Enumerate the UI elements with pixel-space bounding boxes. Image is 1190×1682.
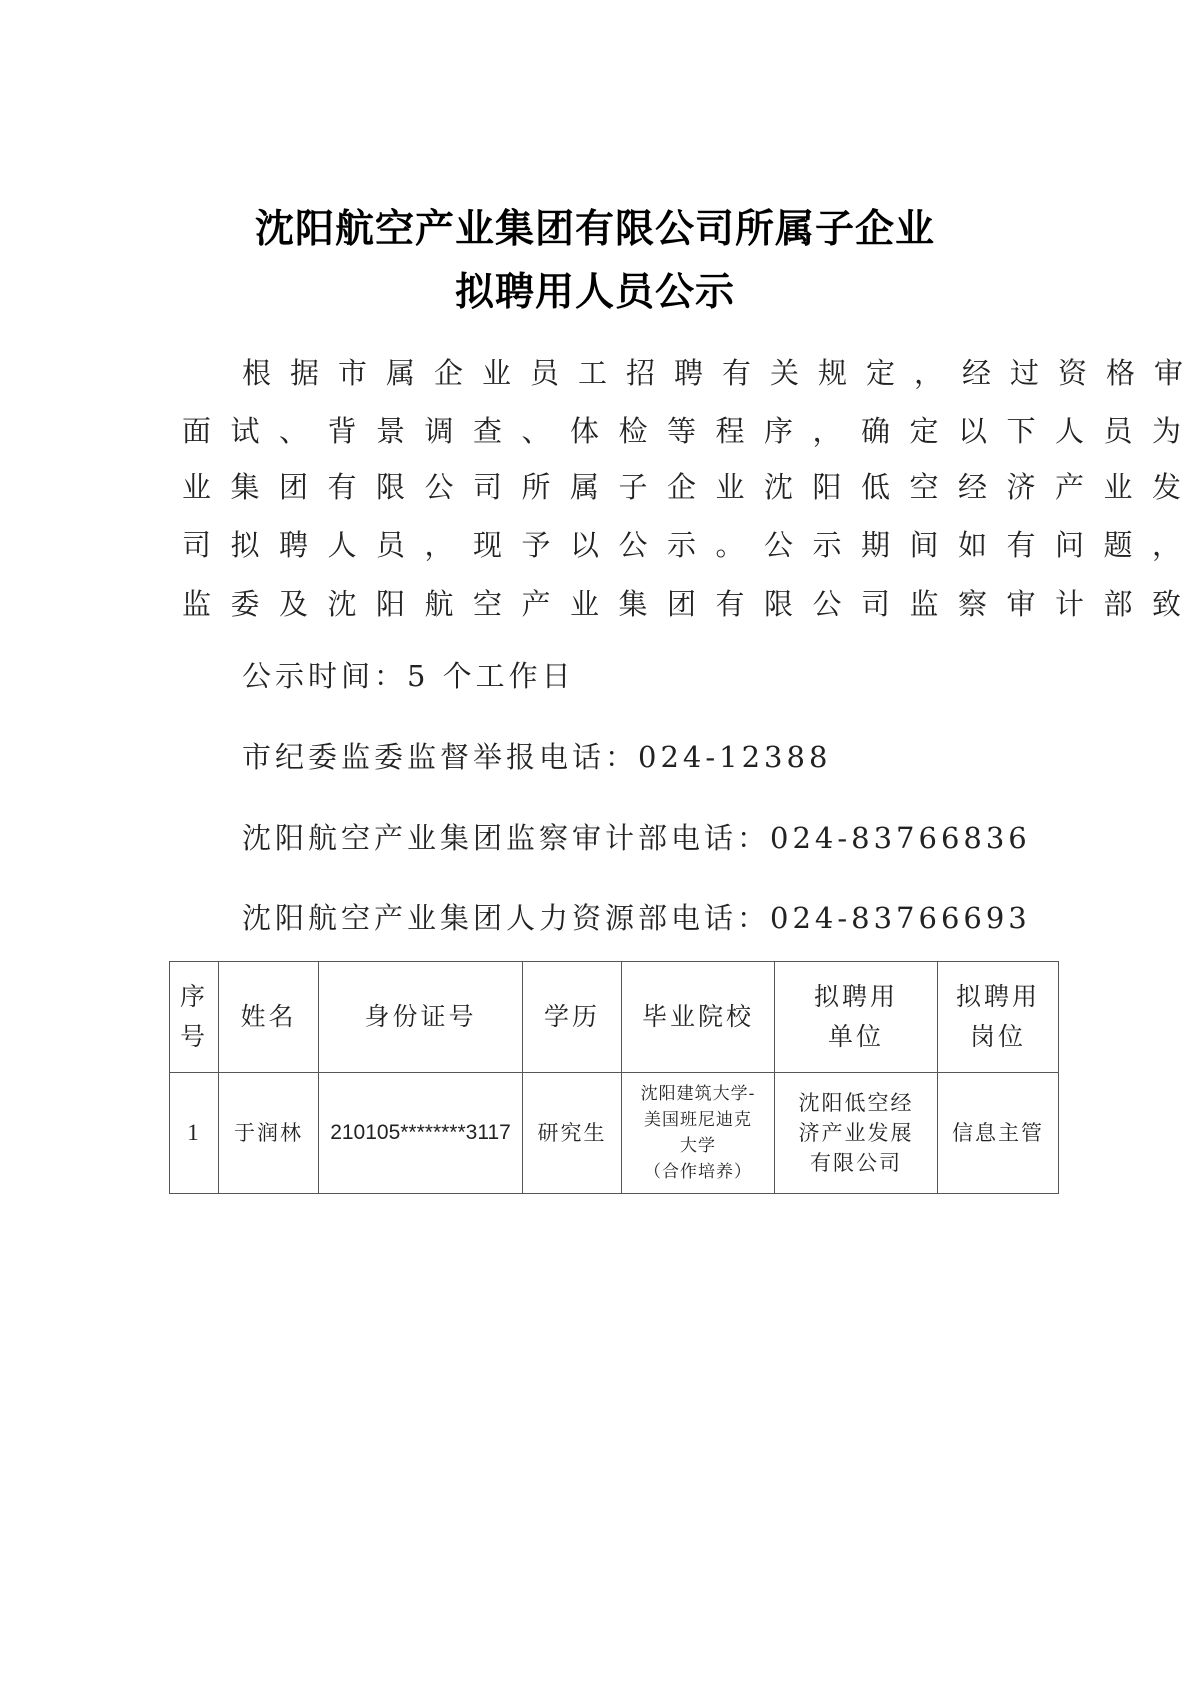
header-name: 姓名 [219, 962, 319, 1073]
page-title-line1: 沈阳航空产业集团有限公司所属子企业 [0, 198, 1190, 254]
body-line: 根据市属企业员工招聘有关规定，经过资格审核、笔试、 [242, 353, 1082, 393]
table-row: 1 于润林 210105********3117 研究生 沈阳建筑大学- 美国班… [170, 1073, 1059, 1194]
cell-post: 信息主管 [938, 1073, 1059, 1194]
body-line: 业集团有限公司所属子企业沈阳低空经济产业发展有限公 [182, 467, 1022, 507]
notice-period: 公示时间：5 个工作日 [242, 656, 575, 696]
candidate-table: 序号 姓名 身份证号 学历 毕业院校 拟聘用单位 拟聘用岗位 1 于润林 210… [169, 961, 1059, 1194]
hotline-phone: 市纪委监委监督举报电话：024-12388 [242, 737, 831, 777]
header-unit: 拟聘用单位 [775, 962, 938, 1073]
cell-unit: 沈阳低空经 济产业发展 有限公司 [775, 1073, 938, 1194]
hr-dept-phone: 沈阳航空产业集团人力资源部电话：024-83766693 [242, 898, 1031, 938]
cell-name: 于润林 [219, 1073, 319, 1194]
header-id: 身份证号 [319, 962, 523, 1073]
table-header-row: 序号 姓名 身份证号 学历 毕业院校 拟聘用单位 拟聘用岗位 [170, 962, 1059, 1073]
cell-seq: 1 [170, 1073, 219, 1194]
cell-id: 210105********3117 [319, 1073, 523, 1194]
header-post: 拟聘用岗位 [938, 962, 1059, 1073]
header-seq: 序号 [170, 962, 219, 1073]
cell-school: 沈阳建筑大学- 美国班尼迪克 大学 （合作培养） [622, 1073, 775, 1194]
audit-dept-phone: 沈阳航空产业集团监察审计部电话：024-83766836 [242, 818, 1031, 858]
body-line: 司拟聘人员，现予以公示。公示期间如有问题，请向市纪委 [182, 525, 1022, 565]
header-education: 学历 [523, 962, 622, 1073]
header-school: 毕业院校 [622, 962, 775, 1073]
cell-education: 研究生 [523, 1073, 622, 1194]
page-title-line2: 拟聘用人员公示 [0, 261, 1190, 317]
body-line: 面试、背景调查、体检等程序，确定以下人员为沈阳航空产 [182, 411, 1022, 451]
body-line: 监委及沈阳航空产业集团有限公司监察审计部致电反映。 [182, 584, 1022, 624]
